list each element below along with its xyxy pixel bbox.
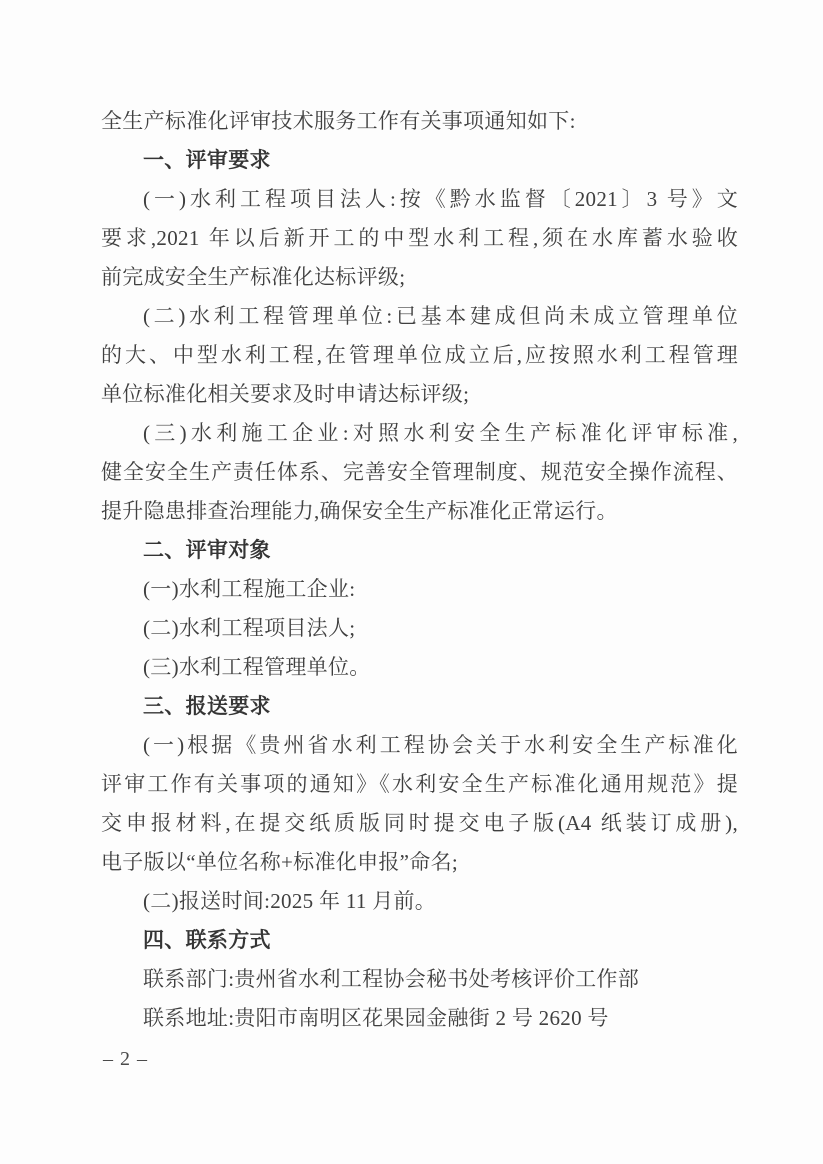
text-line: 联系地址:贵阳市南明区花果园金融街 2 号 2620 号: [101, 999, 738, 1038]
text-line: 提升隐患排查治理能力,确保安全生产标准化正常运行。: [101, 492, 738, 531]
text-line: (三)水利工程管理单位。: [101, 648, 738, 687]
document-body: 全生产标准化评审技术服务工作有关事项通知如下:一、评审要求(一)水利工程项目法人…: [101, 102, 738, 1038]
text-line: 评审工作有关事项的通知》《水利安全生产标准化通用规范》提: [101, 765, 738, 804]
text-line: 要求,2021 年以后新开工的中型水利工程,须在水库蓄水验收: [101, 219, 738, 258]
section-heading: 四、联系方式: [101, 921, 738, 960]
text-line: 单位标准化相关要求及时申请达标评级;: [101, 375, 738, 414]
section-heading: 二、评审对象: [101, 531, 738, 570]
text-line: (二)水利工程项目法人;: [101, 609, 738, 648]
text-line: 全生产标准化评审技术服务工作有关事项通知如下:: [101, 102, 738, 141]
text-line: 前完成安全生产标准化达标评级;: [101, 258, 738, 297]
text-line: 联系部门:贵州省水利工程协会秘书处考核评价工作部: [101, 960, 738, 999]
text-line: (二)报送时间:2025 年 11 月前。: [101, 882, 738, 921]
text-line: (一)水利工程项目法人:按《黔水监督〔2021〕3 号》文: [101, 180, 738, 219]
text-line: (一)根据《贵州省水利工程协会关于水利安全生产标准化: [101, 726, 738, 765]
document-page: 全生产标准化评审技术服务工作有关事项通知如下:一、评审要求(一)水利工程项目法人…: [0, 0, 823, 1164]
text-line: 的大、中型水利工程,在管理单位成立后,应按照水利工程管理: [101, 336, 738, 375]
text-line: 交申报材料,在提交纸质版同时提交电子版(A4 纸装订成册),: [101, 804, 738, 843]
text-line: 健全安全生产责任体系、完善安全管理制度、规范安全操作流程、: [101, 453, 738, 492]
section-heading: 三、报送要求: [101, 687, 738, 726]
text-line: (一)水利工程施工企业:: [101, 570, 738, 609]
page-number: – 2 –: [103, 1048, 148, 1071]
text-line: (三)水利施工企业:对照水利安全生产标准化评审标准,: [101, 414, 738, 453]
text-line: (二)水利工程管理单位:已基本建成但尚未成立管理单位: [101, 297, 738, 336]
section-heading: 一、评审要求: [101, 141, 738, 180]
text-line: 电子版以“单位名称+标准化申报”命名;: [101, 843, 738, 882]
